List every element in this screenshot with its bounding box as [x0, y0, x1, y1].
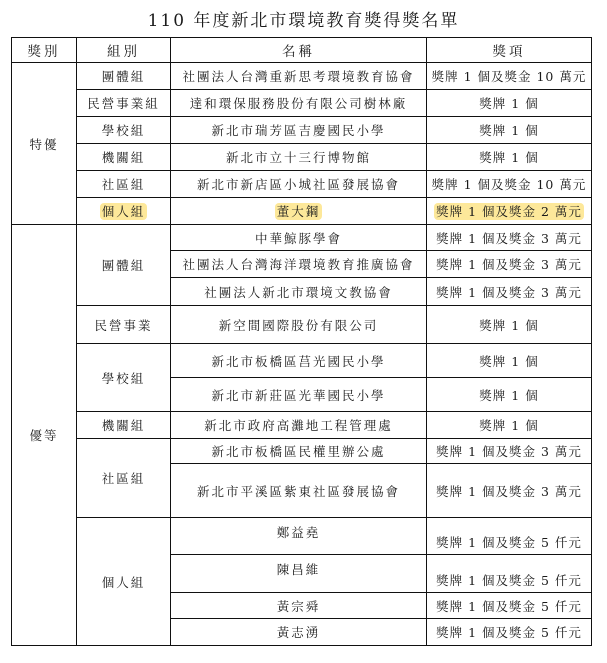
name-cell: 社團法人台灣海洋環境教育推廣協會: [171, 251, 427, 278]
group-cell: 民營事業: [77, 306, 171, 344]
award-cell: 獎牌 1 個及獎金 3 萬元: [427, 251, 592, 278]
group-cell: 個人組: [77, 518, 171, 646]
table-row-highlighted: 個人組 董大鋼 獎牌 1 個及獎金 2 萬元: [12, 198, 592, 225]
header-category: 獎別: [12, 38, 77, 63]
name-cell: 陳昌維: [171, 555, 427, 593]
name-cell: 董大鋼: [171, 198, 427, 225]
document-title: 110 年度新北市環境教育獎得獎名單: [0, 6, 607, 31]
table-row: 機關組 新北市政府高灘地工程管理處 獎牌 1 個: [12, 412, 592, 439]
award-cell: 獎牌 1 個及獎金 5 仟元: [427, 593, 592, 619]
name-cell: 新北市平溪區紫東社區發展協會: [171, 464, 427, 518]
name-cell: 新北市瑞芳區吉慶國民小學: [171, 117, 427, 144]
table-row: 民營事業 新空間國際股份有限公司 獎牌 1 個: [12, 306, 592, 344]
name-cell: 黃志湧: [171, 619, 427, 646]
award-cell: 獎牌 1 個及獎金 10 萬元: [427, 171, 592, 198]
name-cell: 鄭益堯: [171, 518, 427, 555]
name-cell: 社團法人台灣重新思考環境教育協會: [171, 63, 427, 90]
name-cell: 新北市新店區小城社區發展協會: [171, 171, 427, 198]
award-cell: 獎牌 1 個及獎金 10 萬元: [427, 63, 592, 90]
name-cell: 黃宗舜: [171, 593, 427, 619]
group-cell: 機關組: [77, 412, 171, 439]
name-cell: 中華鯨豚學會: [171, 225, 427, 251]
category-cell: 優等: [12, 225, 77, 646]
table-row: 學校組 新北市板橋區莒光國民小學 獎牌 1 個: [12, 344, 592, 378]
name-cell: 新北市新莊區光華國民小學: [171, 378, 427, 412]
award-cell: 獎牌 1 個及獎金 3 萬元: [427, 464, 592, 518]
table-row: 特優 團體組 社團法人台灣重新思考環境教育協會 獎牌 1 個及獎金 10 萬元: [12, 63, 592, 90]
name-cell: 新北市政府高灘地工程管理處: [171, 412, 427, 439]
award-cell: 獎牌 1 個: [427, 90, 592, 117]
group-cell: 團體組: [77, 63, 171, 90]
highlight-mark: 董大鋼: [275, 203, 323, 220]
award-cell: 獎牌 1 個: [427, 144, 592, 171]
group-cell: 個人組: [77, 198, 171, 225]
name-cell: 達和環保服務股份有限公司樹林廠: [171, 90, 427, 117]
name-cell: 新北市立十三行博物館: [171, 144, 427, 171]
award-table: 獎別 組別 名稱 獎項 特優 團體組 社團法人台灣重新思考環境教育協會 獎牌 1…: [11, 37, 592, 646]
category-cell: 特優: [12, 63, 77, 225]
group-cell: 學校組: [77, 117, 171, 144]
highlight-mark: 個人組: [100, 203, 148, 220]
award-cell: 獎牌 1 個及獎金 3 萬元: [427, 439, 592, 464]
header-row: 獎別 組別 名稱 獎項: [12, 38, 592, 63]
header-award: 獎項: [427, 38, 592, 63]
award-cell: 獎牌 1 個及獎金 5 仟元: [427, 555, 592, 593]
award-cell: 獎牌 1 個: [427, 344, 592, 378]
award-cell: 獎牌 1 個及獎金 5 仟元: [427, 518, 592, 555]
header-group: 組別: [77, 38, 171, 63]
table-row: 優等 團體組 中華鯨豚學會 獎牌 1 個及獎金 3 萬元: [12, 225, 592, 251]
group-cell: 團體組: [77, 225, 171, 306]
award-cell: 獎牌 1 個及獎金 3 萬元: [427, 278, 592, 306]
name-cell: 社團法人新北市環境文教協會: [171, 278, 427, 306]
highlight-mark: 獎牌 1 個及獎金 2 萬元: [434, 203, 584, 220]
group-cell: 社區組: [77, 171, 171, 198]
table-row: 社區組 新北市新店區小城社區發展協會 獎牌 1 個及獎金 10 萬元: [12, 171, 592, 198]
table-row: 民營事業組 達和環保服務股份有限公司樹林廠 獎牌 1 個: [12, 90, 592, 117]
award-cell: 獎牌 1 個: [427, 306, 592, 344]
group-cell: 學校組: [77, 344, 171, 412]
group-cell: 社區組: [77, 439, 171, 518]
table-row: 學校組 新北市瑞芳區吉慶國民小學 獎牌 1 個: [12, 117, 592, 144]
group-cell: 民營事業組: [77, 90, 171, 117]
name-cell: 新北市板橋區民權里辦公處: [171, 439, 427, 464]
table-row: 個人組 鄭益堯 獎牌 1 個及獎金 5 仟元: [12, 518, 592, 555]
table-row: 社區組 新北市板橋區民權里辦公處 獎牌 1 個及獎金 3 萬元: [12, 439, 592, 464]
award-cell: 獎牌 1 個: [427, 117, 592, 144]
award-cell: 獎牌 1 個及獎金 3 萬元: [427, 225, 592, 251]
award-cell: 獎牌 1 個: [427, 412, 592, 439]
group-cell: 機關組: [77, 144, 171, 171]
table-row: 機關組 新北市立十三行博物館 獎牌 1 個: [12, 144, 592, 171]
header-name: 名稱: [171, 38, 427, 63]
award-cell: 獎牌 1 個及獎金 5 仟元: [427, 619, 592, 646]
award-cell: 獎牌 1 個及獎金 2 萬元: [427, 198, 592, 225]
name-cell: 新北市板橋區莒光國民小學: [171, 344, 427, 378]
award-cell: 獎牌 1 個: [427, 378, 592, 412]
name-cell: 新空間國際股份有限公司: [171, 306, 427, 344]
